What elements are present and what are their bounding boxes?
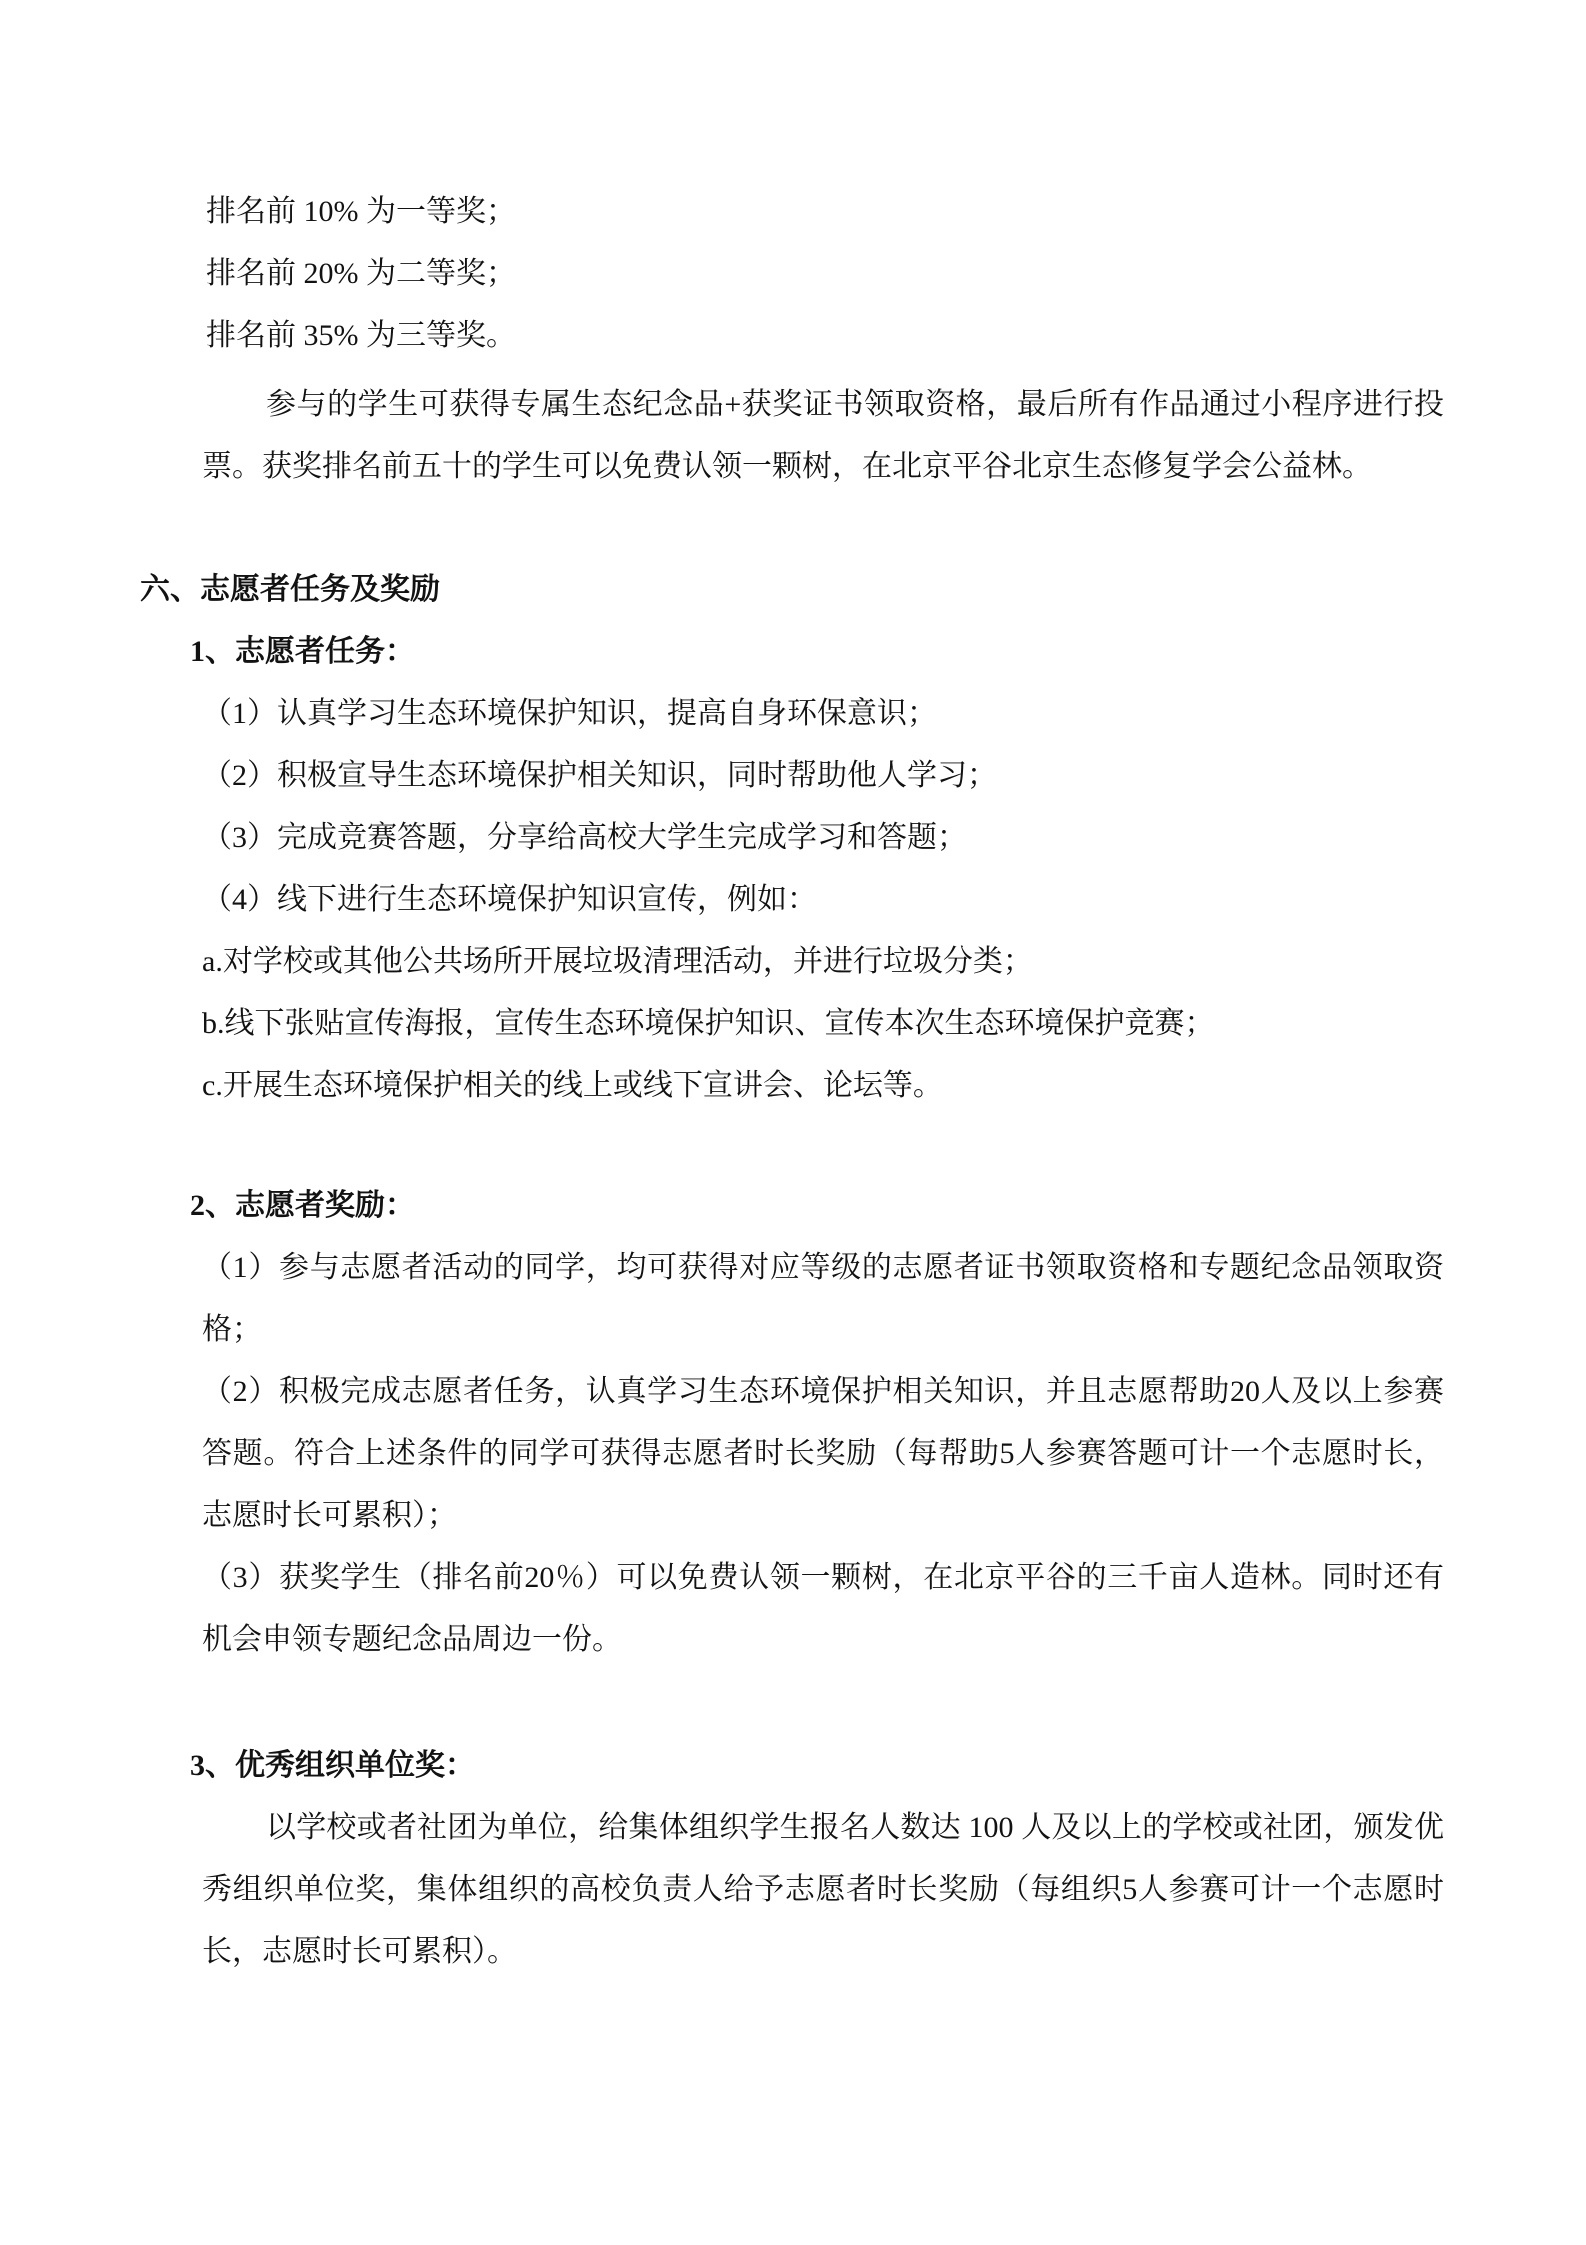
task-example-c: c.开展生态环境保护相关的线上或线下宣讲会、论坛等。 <box>202 1055 1444 1117</box>
section-heading-6: 六、志愿者任务及奖励 <box>140 559 1586 621</box>
document-page: 排名前 10% 为一等奖； 排名前 20% 为二等奖； 排名前 35% 为三等奖… <box>0 0 1586 2245</box>
task-example-a: a.对学校或其他公共场所开展垃圾清理活动，并进行垃圾分类； <box>202 931 1444 993</box>
reward-item-1: （1）参与志愿者活动的同学，均可获得对应等级的志愿者证书领取资格和专题纪念品领取… <box>202 1237 1444 1361</box>
award-tier-line-1: 排名前 10% 为一等奖； <box>206 181 1586 243</box>
reward-item-3: （3）获奖学生（排名前20％）可以免费认领一颗树，在北京平谷的三千亩人造林。同时… <box>202 1547 1444 1671</box>
subsection-heading-organization-award: 3、优秀组织单位奖： <box>190 1735 1586 1797</box>
task-item-3: （3）完成竞赛答题，分享给高校大学生完成学习和答题； <box>202 807 1444 869</box>
task-item-2: （2）积极宣导生态环境保护相关知识，同时帮助他人学习； <box>202 745 1444 807</box>
task-item-4: （4）线下进行生态环境保护知识宣传，例如： <box>202 869 1444 931</box>
award-tier-line-3: 排名前 35% 为三等奖。 <box>206 305 1586 367</box>
organization-award-paragraph: 以学校或者社团为单位，给集体组织学生报名人数达 100 人及以上的学校或社团，颁… <box>202 1797 1444 1983</box>
reward-item-2: （2）积极完成志愿者任务，认真学习生态环境保护相关知识，并且志愿帮助20人及以上… <box>202 1361 1444 1547</box>
intro-paragraph: 参与的学生可获得专属生态纪念品+获奖证书领取资格，最后所有作品通过小程序进行投票… <box>202 374 1444 498</box>
subsection-heading-volunteer-tasks: 1、志愿者任务： <box>190 621 1586 683</box>
task-example-b: b.线下张贴宣传海报，宣传生态环境保护知识、宣传本次生态环境保护竞赛； <box>202 993 1444 1055</box>
award-tier-line-2: 排名前 20% 为二等奖； <box>206 243 1586 305</box>
subsection-heading-volunteer-rewards: 2、志愿者奖励： <box>190 1175 1586 1237</box>
document-content: 排名前 10% 为一等奖； 排名前 20% 为二等奖； 排名前 35% 为三等奖… <box>0 181 1586 1983</box>
task-item-1: （1）认真学习生态环境保护知识，提高自身环保意识； <box>202 683 1444 745</box>
